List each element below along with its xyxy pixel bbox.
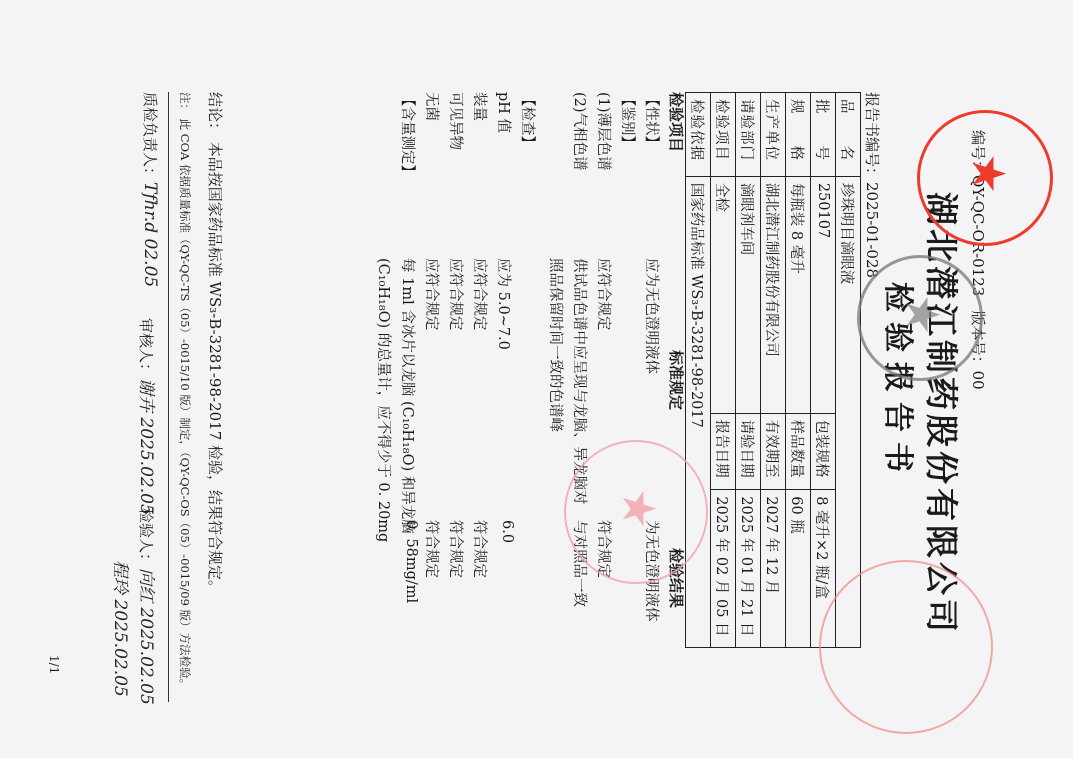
- result-result: 符合规定: [422, 520, 443, 578]
- product-name: 珍珠明目滴眼液: [836, 176, 861, 647]
- result-standard: 应符合规定: [422, 258, 443, 331]
- requesting-dept: 滴眼剂车间: [736, 176, 761, 413]
- table-row: 检验项目 全检 报告日期 2025 年 02 月 05 日: [711, 93, 736, 648]
- result-item: 装量: [470, 92, 491, 121]
- table-row: 请验部门 滴眼剂车间 请验日期 2025 年 01 月 21 日: [736, 93, 761, 648]
- manufacturer: 湖北潜江制药股份有限公司: [761, 176, 786, 413]
- expiry-date: 2027 年 12 月: [761, 490, 786, 648]
- result-standard: 应为 5.0~7.0: [494, 258, 515, 350]
- result-standard: 应为无色澄明液体: [642, 258, 663, 374]
- sample-qty-label: 样品数量: [786, 413, 811, 490]
- column-header-standard: 标准规定: [666, 350, 687, 410]
- column-header-result: 检验结果: [666, 548, 687, 608]
- inspector-signature: 检验人：向红 2025.02.05: [136, 508, 161, 705]
- result-item: 【性状】: [642, 92, 663, 150]
- result-result: 为无色澄明液体: [642, 520, 663, 622]
- table-row: 品 名 珍珠明目滴眼液: [836, 93, 861, 648]
- inspector-handwriting: 向红 2025.02.05: [136, 568, 156, 705]
- inspector-handwriting-2: 程玲 2025.02.05: [110, 560, 135, 697]
- batch-number: 250107: [811, 176, 836, 413]
- package-spec-label: 包装规格: [811, 413, 836, 490]
- result-item: (1)薄层色谱: [594, 92, 615, 171]
- report-date: 2025 年 02 月 05 日: [711, 490, 736, 648]
- doc-number-line: 编号：QY-QC-OR-0123 版本号：00: [968, 130, 989, 390]
- result-item: pH 值: [494, 92, 515, 133]
- result-result: 0. 58mg/ml: [403, 520, 419, 603]
- footnote: 注： 此 COA 依据质量标准（QY-QC-TS（05）-0015/10 版）制…: [177, 92, 193, 690]
- table-row: 检验依据 国家药品标准 WS₃-B-3281-98-2017: [686, 93, 711, 648]
- page-number: 1/1: [47, 655, 61, 674]
- result-result: 符合规定: [470, 520, 491, 578]
- package-spec: 8 毫升×2 瓶/盒: [811, 490, 836, 648]
- document-title: 检验报告书: [879, 282, 923, 482]
- batch-label: 批 号: [811, 93, 836, 177]
- qc-head-handwriting: Tfhr.d 02.05: [140, 182, 160, 287]
- result-item: (2)气相色谱: [570, 92, 591, 171]
- table-row: 规 格 每瓶装 8 毫升 样品数量 60 瓶: [786, 93, 811, 648]
- doc-number-label: 编号：: [969, 130, 987, 175]
- product-info-table: 品 名 珍珠明目滴眼液 批 号 250107 包装规格 8 毫升×2 瓶/盒 规…: [685, 92, 861, 648]
- reviewer-handwriting: 谢卉 2025.02.05: [136, 378, 156, 515]
- version-label: 版本号：: [969, 311, 987, 371]
- reviewer-label: 审核人：: [137, 318, 155, 378]
- report-number-label: 报告书编号：: [863, 92, 881, 182]
- report-number-line: 报告书编号：2025-01-028: [862, 92, 883, 278]
- divider: [168, 92, 169, 702]
- result-standard: 照品保留时间一致的色谱峰: [546, 258, 567, 432]
- product-name-label: 品 名: [836, 93, 861, 177]
- result-standard: 供试品色谱中应呈现与龙脑、异龙脑对: [570, 258, 591, 505]
- result-standard: (C₁₀H₁₈O) 的总量计，应不得少于 0. 20mg: [374, 258, 395, 542]
- manufacturer-label: 生产单位: [761, 93, 786, 177]
- report-date-label: 报告日期: [711, 413, 736, 490]
- result-item: 可见异物: [446, 92, 467, 150]
- report-number: 2025-01-028: [863, 182, 881, 278]
- result-result: 6.0: [499, 520, 515, 543]
- result-result: 符合规定: [446, 520, 467, 578]
- result-item: 【检查】: [518, 92, 539, 150]
- result-standard: 应符合规定: [470, 258, 491, 331]
- inspection-report-page: 编号：QY-QC-OR-0123 版本号：00 湖北潜江制药股份有限公司 检验报…: [0, 0, 1073, 758]
- result-standard: 应符合规定: [594, 258, 615, 331]
- qc-head-signature: 质检负责人：Tfhr.d 02.05: [140, 92, 161, 287]
- qc-head-label: 质检负责人：: [141, 92, 159, 182]
- table-row: 批 号 250107 包装规格 8 毫升×2 瓶/盒: [811, 93, 836, 648]
- spec: 每瓶装 8 毫升: [786, 176, 811, 413]
- version-number: 00: [969, 371, 987, 390]
- expiry-label: 有效期至: [761, 413, 786, 490]
- table-row: 生产单位 湖北潜江制药股份有限公司 有效期至 2027 年 12 月: [761, 93, 786, 648]
- basis-label: 检验依据: [686, 93, 711, 177]
- result-item: 无菌: [422, 92, 443, 121]
- conclusion: 结论： 本品按国家药品标准 WS₃-B-3281-98-2017 检验，结果符合…: [205, 92, 226, 595]
- result-result: 与对照品一致: [570, 520, 591, 607]
- reviewer-signature: 审核人：谢卉 2025.02.05: [136, 318, 161, 515]
- test-items: 全检: [711, 176, 736, 413]
- test-basis: 国家药品标准 WS₃-B-3281-98-2017: [686, 176, 711, 647]
- result-result: 符合规定: [594, 520, 615, 578]
- column-header-item: 检验项目: [666, 92, 687, 152]
- spec-label: 规 格: [786, 93, 811, 177]
- result-item: 【含量测定】: [398, 92, 419, 179]
- request-date: 2025 年 01 月 21 日: [736, 490, 761, 648]
- doc-number: QY-QC-OR-0123: [969, 175, 987, 296]
- test-items-label: 检验项目: [711, 93, 736, 177]
- result-standard: 应符合规定: [446, 258, 467, 331]
- requesting-dept-label: 请验部门: [736, 93, 761, 177]
- result-standard: 每 1ml 含冰片以龙脑 (C₁₀H₁₈O) 和异龙脑: [398, 258, 419, 534]
- result-item: 【鉴别】: [618, 92, 639, 150]
- inspector-label: 检验人：: [137, 508, 155, 568]
- company-name: 湖北潜江制药股份有限公司: [920, 192, 967, 636]
- sample-qty: 60 瓶: [786, 490, 811, 648]
- request-date-label: 请验日期: [736, 413, 761, 490]
